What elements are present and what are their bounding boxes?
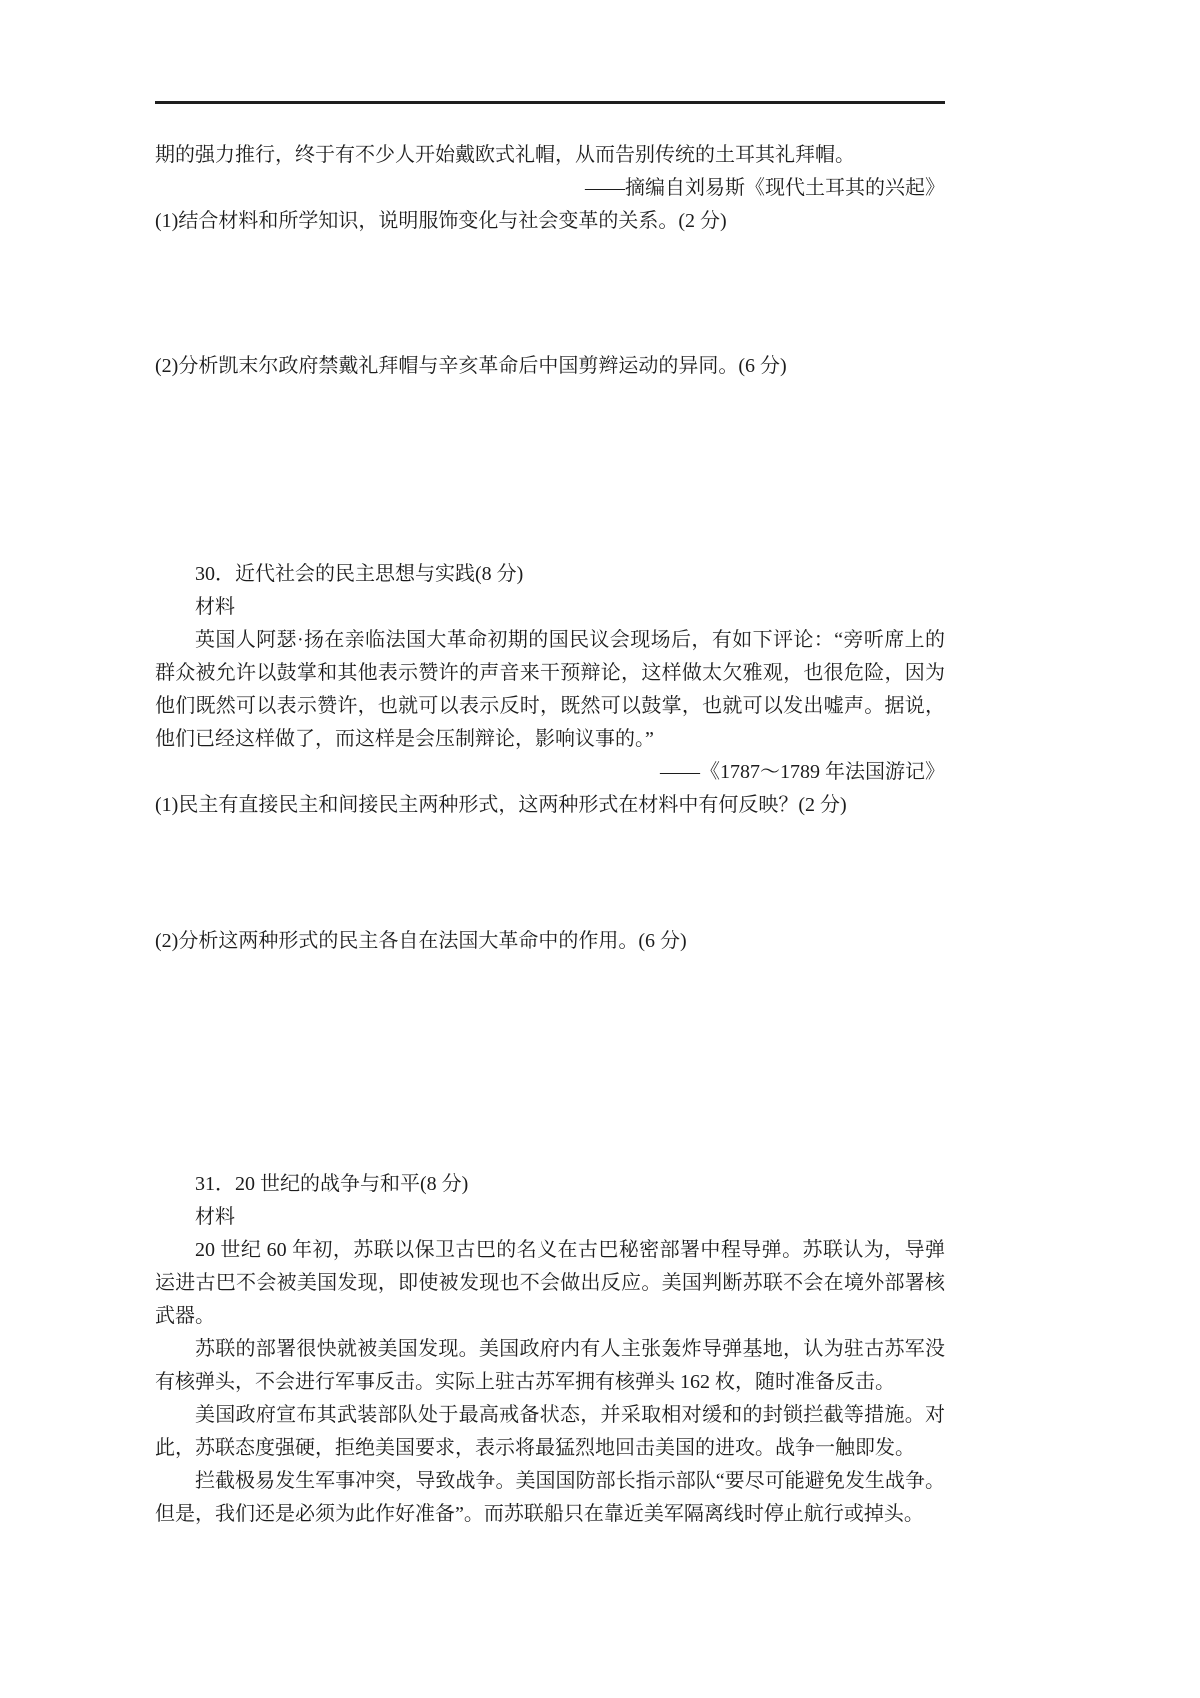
question-31-material-paragraph-2: 苏联的部署很快就被美国发现。美国政府内有人主张轰炸导弹基地，认为驻古苏军没有核弹… [155,1333,945,1399]
question-30-material-text: 英国人阿瑟·扬在亲临法国大革命初期的国民议会现场后，有如下评论：“旁听席上的群众… [155,624,945,756]
source-citation-france-travels: ——《1787～1789 年法国游记》 [155,756,945,789]
question-31-material-paragraph-4: 拦截极易发生军事冲突，导致战争。美国国防部长指示部队“要尽可能避免发生战争。但是… [155,1465,945,1531]
question-31-material-label: 材料 [155,1201,945,1234]
question-30-material-label: 材料 [155,591,945,624]
document-content: 期的强力推行，终于有不少人开始戴欧式礼帽，从而告别传统的土耳其礼拜帽。 ——摘编… [155,139,945,1531]
question-30-sub-1: (1)民主有直接民主和间接民主两种形式，这两种形式在材料中有何反映？(2 分) [155,789,945,822]
question-31-title: 31．20 世纪的战争与和平(8 分) [155,1168,945,1201]
question-sub-1-clothing: (1)结合材料和所学知识，说明服饰变化与社会变革的关系。(2 分) [155,205,945,238]
source-citation-turkey: ——摘编自刘易斯《现代土耳其的兴起》 [155,172,945,205]
question-31-material-paragraph-1: 20 世纪 60 年初，苏联以保卫古巴的名义在古巴秘密部署中程导弹。苏联认为，导… [155,1234,945,1333]
question-sub-2-hat-queue: (2)分析凯末尔政府禁戴礼拜帽与辛亥革命后中国剪辫运动的异同。(6 分) [155,350,945,383]
question-30-sub-2: (2)分析这两种形式的民主各自在法国大革命中的作用。(6 分) [155,925,945,958]
document-page: 期的强力推行，终于有不少人开始戴欧式礼帽，从而告别传统的土耳其礼拜帽。 ——摘编… [0,0,1200,1698]
question-30-title: 30．近代社会的民主思想与实践(8 分) [155,558,945,591]
question-31-material-paragraph-3: 美国政府宣布其武装部队处于最高戒备状态，并采取相对缓和的封锁拦截等措施。对此，苏… [155,1399,945,1465]
material-continuation-line: 期的强力推行，终于有不少人开始戴欧式礼帽，从而告别传统的土耳其礼拜帽。 [155,139,945,172]
page-header-rule [155,101,945,104]
